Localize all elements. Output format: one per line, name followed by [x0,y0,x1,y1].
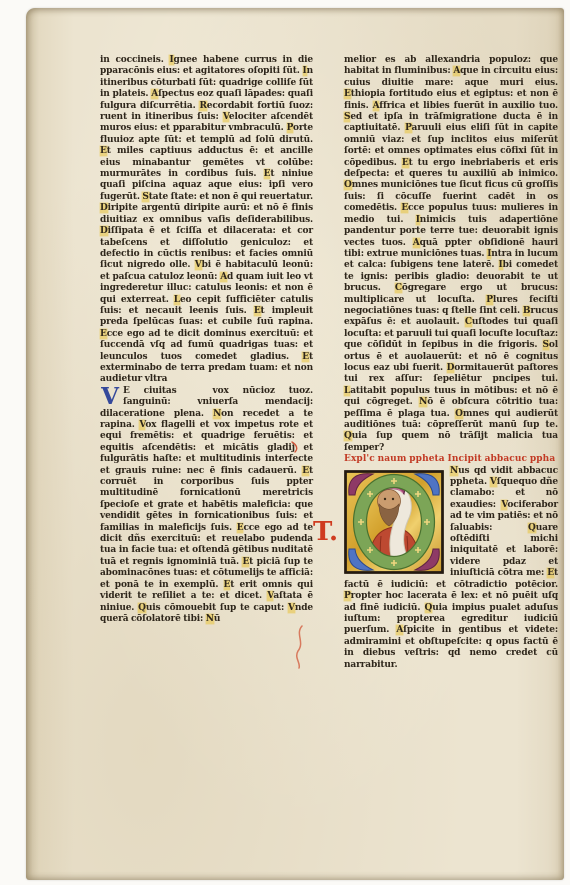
margin-guide-letter: T. [313,519,338,545]
nahum3-opening: VE ciuitasvox nūcioz tuoz. ſanguinū: vni… [100,386,313,626]
text-column-right: melior es ab allexandria populoz: que ha… [344,55,558,671]
nahum3-text: ſanguinū: vniuerſa mendacij: dilaceratio… [100,397,313,624]
red-pen-flourish-icon [293,625,307,669]
historiated-initial-habakkuk [344,468,444,574]
nahum2-text: in coccineis. Ignee habene currus in die… [100,55,313,386]
nahum3-continued-text: melior es ab allexandria populoz: que ha… [344,55,558,454]
chapter2-end-words: vox nūcioz tuoz. [213,386,313,396]
lombard-initial-v: V [100,386,120,408]
habakkuk-opening: Nus qd vidit abbacuc ppheta. Vſquequo dñ… [344,466,558,671]
rubric-explicit-incipit: Expl'c naum ppheta Incipit abbacuc ppha [344,454,558,465]
prophet-portrait-initial-o [344,468,444,574]
chapter-open-words: E ciuitas [123,386,177,396]
text-column-left: in coccineis. Ignee habene currus in die… [100,55,313,625]
red-pen-mark-icon [290,440,302,454]
manuscript-page: in coccineis. Ignee habene currus in die… [26,8,564,880]
